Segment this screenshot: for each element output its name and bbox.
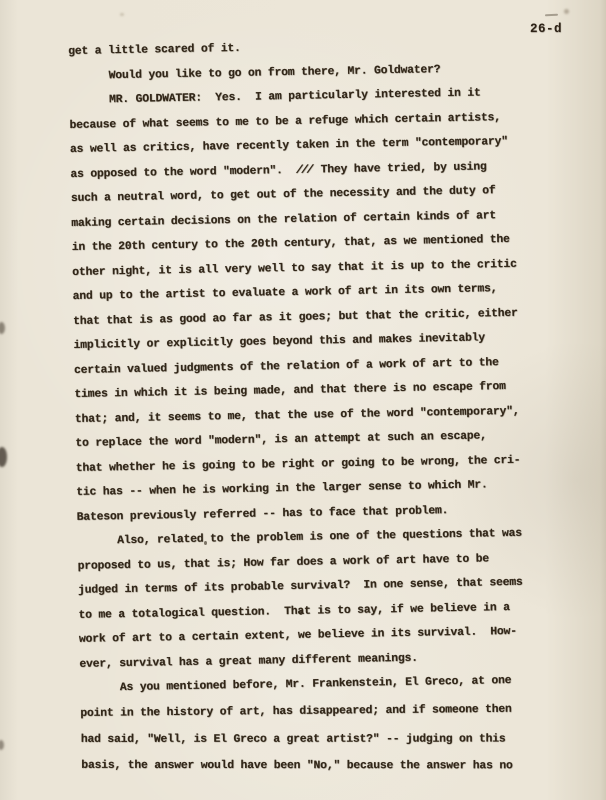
text-line: basis, the answer would have been "No," … [81, 753, 581, 778]
scanned-page: 26-d get a little scared of it. Would yo… [0, 0, 606, 800]
ink-speck [204, 541, 207, 545]
scan-speck [120, 13, 124, 16]
scan-speck [564, 9, 569, 14]
scan-smudge [0, 322, 5, 334]
pencil-dash-mark [545, 14, 558, 17]
text-segment: They have tried, by using [314, 161, 487, 176]
typewriter-overstrike-mark: /// [296, 164, 314, 176]
transcript-text-block: get a little scared of it. Would you lik… [68, 31, 581, 778]
scan-smudge [0, 740, 4, 750]
text-segment: as opposed to the word "modern". [70, 164, 296, 180]
ink-speck [299, 610, 303, 615]
text-line: point in the history of art, has disappe… [80, 697, 580, 726]
text-line: had said, "Well, is El Greco a great art… [81, 727, 581, 752]
scan-smudge [0, 447, 7, 467]
